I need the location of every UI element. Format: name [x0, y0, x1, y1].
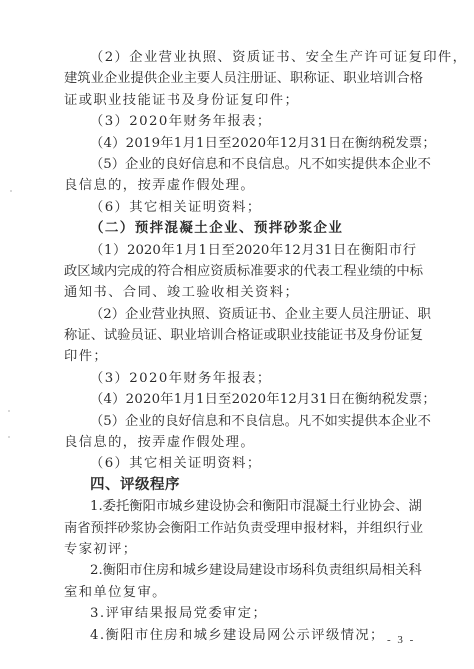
text-line: （6）其它相关证明资料； — [64, 453, 416, 474]
text-line: （5）企业的良好信息和不良信息。凡不如实提供本企业不 — [64, 411, 416, 432]
section-heading-rating-procedure: 四、评级程序 — [64, 475, 416, 496]
document-page: （2）企业营业执照、资质证书、安全生产许可证复印件， 建筑业企业提供企业主要人员… — [64, 47, 416, 646]
text-line: 建筑业企业提供企业主要人员注册证、职称证、职业培训合格 — [64, 68, 416, 89]
text-line: 良信息的，按弄虚作假处理。 — [64, 432, 416, 453]
text-line: 良信息的，按弄虚作假处理。 — [64, 175, 416, 196]
scan-speck — [8, 410, 10, 412]
section-heading-concrete: （二）预拌混凝土企业、预拌砂浆企业 — [64, 218, 416, 239]
text-line: （2）企业营业执照、资质证书、企业主要人员注册证、职 — [64, 304, 416, 325]
text-line: （5）企业的良好信息和不良信息。凡不如实提供本企业不 — [64, 154, 416, 175]
text-line: 4.衡阳市住房和城乡建设局网公示评级情况； — [64, 625, 416, 646]
text-line: 通知书、合同、竣工验收相关资料； — [64, 282, 416, 303]
text-line: 印件； — [64, 346, 416, 367]
scan-speck — [10, 190, 12, 192]
text-line: （3）2020年财务年报表； — [64, 111, 416, 132]
text-line: 南省预拌砂浆协会衡阳工作站负责受理申报材料，并组织行业 — [64, 518, 416, 539]
scan-speck — [8, 436, 10, 438]
page-number: - 3 - — [387, 634, 415, 646]
text-line: 1.委托衡阳市城乡建设协会和衡阳市混凝土行业协会、湖 — [64, 496, 416, 517]
text-line: 证或职业技能证书及身份证复印件； — [64, 90, 416, 111]
text-line: 室和单位复审。 — [64, 582, 416, 603]
text-line: （3）2020年财务年报表； — [64, 368, 416, 389]
text-line: 3.评审结果报局党委审定； — [64, 603, 416, 624]
text-line: 政区域内完成的符合相应资质标准要求的代表工程业绩的中标 — [64, 261, 416, 282]
text-line: （4）2019年1月1日至2020年12月31日在衡纳税发票； — [64, 133, 416, 154]
text-line: 2.衡阳市住房和城乡建设局建设市场科负责组织局相关科 — [64, 560, 416, 581]
text-line: （1）2020年1月1日至2020年12月31日在衡阳市行 — [64, 240, 416, 261]
text-line: 专家初评； — [64, 539, 416, 560]
text-line: （4）2020年1月1日至2020年12月31日在衡纳税发票； — [64, 389, 416, 410]
text-line: 称证、试验员证、职业培训合格证或职业技能证书及身份证复 — [64, 325, 416, 346]
text-line: （2）企业营业执照、资质证书、安全生产许可证复印件， — [64, 47, 416, 68]
text-line: （6）其它相关证明资料； — [64, 197, 416, 218]
